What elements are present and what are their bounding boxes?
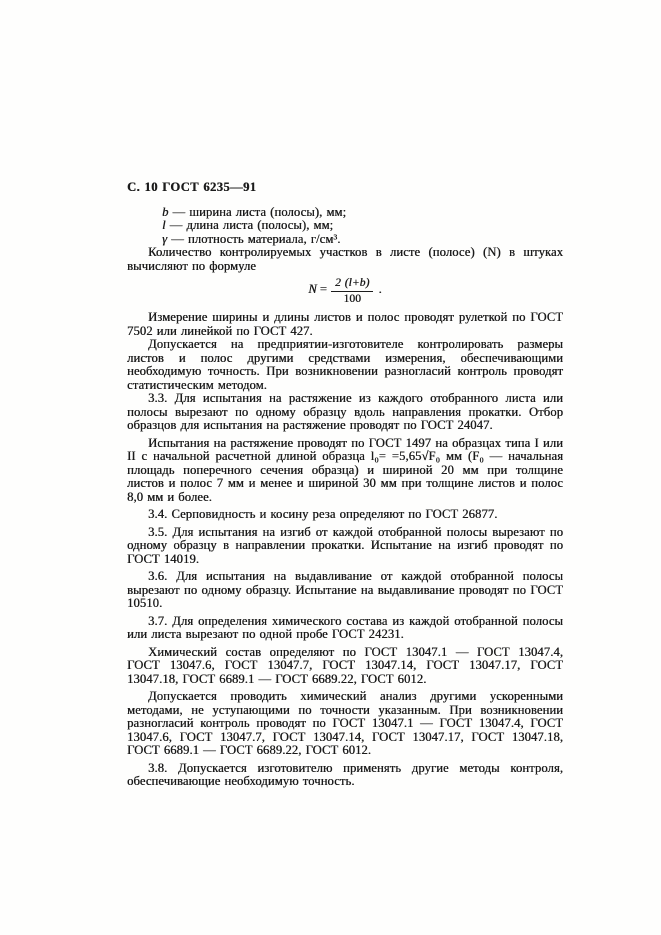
paragraph-3-4: 3.4. Серповидность и косину реза определ… — [127, 508, 563, 522]
definition-text: — плотность материала, г/см³. — [167, 232, 340, 246]
formula-fraction: 2 (l+b)100 — [331, 277, 374, 306]
paragraph: Допускается проводить химический анализ … — [127, 690, 563, 758]
paragraph-intro: Количество контролируемых участков в лис… — [127, 246, 563, 273]
definition-line: b — ширина листа (полосы), мм; — [162, 206, 563, 220]
page-header: С. 10 ГОСТ 6235—91 — [127, 181, 563, 195]
formula: N=2 (l+b)100. — [127, 277, 563, 306]
symbol-definitions: b — ширина листа (полосы), мм; l — длина… — [162, 206, 563, 247]
formula-numerator: 2 (l+b) — [331, 277, 374, 291]
definition-line: γ — плотность материала, г/см³. — [162, 233, 563, 247]
paragraph-3-5: 3.5. Для испытания на изгиб от каждой от… — [127, 526, 563, 567]
definition-line: l — длина листа (полосы), мм; — [162, 219, 563, 233]
paragraph: Допускается на предприятии-изготовителе … — [127, 338, 563, 392]
formula-relation: = — [320, 282, 327, 296]
definition-text: — длина листа (полосы), мм; — [166, 218, 334, 232]
paragraph-3-8: 3.8. Допускается изготовителю применять … — [127, 762, 563, 789]
definition-text: — ширина листа (полосы), мм; — [168, 205, 346, 219]
formula-denominator: 100 — [331, 291, 374, 306]
paragraph: Испытания на растяжение проводят по ГОСТ… — [127, 437, 563, 505]
paragraph: Химический состав определяют по ГОСТ 130… — [127, 646, 563, 687]
paragraph-3-6: 3.6. Для испытания на выдавливание от ка… — [127, 570, 563, 611]
text-column: С. 10 ГОСТ 6235—91 b — ширина листа (пол… — [127, 181, 563, 789]
formula-period: . — [378, 282, 381, 296]
formula-variable: N — [308, 282, 317, 296]
scanned-document-page: С. 10 ГОСТ 6235—91 b — ширина листа (пол… — [0, 0, 661, 935]
paragraph-3-7: 3.7. Для определения химического состава… — [127, 615, 563, 642]
paragraph-3-3: 3.3. Для испытания на растяжение из кажд… — [127, 392, 563, 433]
paragraph: Измерение ширины и длины листов и полос … — [127, 311, 563, 338]
